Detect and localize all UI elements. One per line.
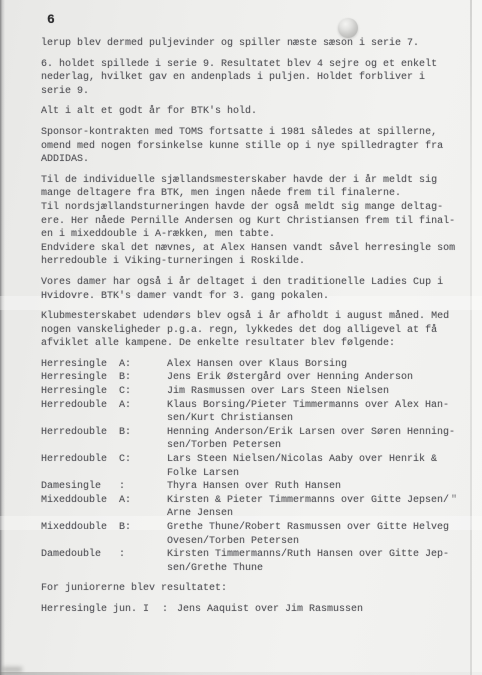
result-row: Mixeddouble A: Kirsten & Pieter Timmerma… <box>41 494 467 521</box>
result-category: Mixeddouble <box>41 494 119 521</box>
paper-edge-right <box>470 0 472 675</box>
paragraph-club-championship: Klubmesterskabet udendørs blev også i år… <box>41 310 467 351</box>
result-division: A: <box>119 358 167 372</box>
result-category: Damesingle <box>41 480 119 494</box>
result-row: Herresingle B: Jens Erik Østergård over … <box>41 371 467 385</box>
paragraph-sixth-team: 6. holdet spillede i serie 9. Resultatet… <box>41 58 467 99</box>
result-category: Herredouble <box>41 453 119 480</box>
result-category: Herredouble <box>41 426 119 453</box>
result-division: C: <box>119 385 167 399</box>
junior-result-row: Herresingle jun. I : Jens Aaquist over J… <box>41 603 467 617</box>
result-winner: Alex Hansen over Klaus Borsing <box>167 358 467 372</box>
result-category: Mixeddouble <box>41 521 119 548</box>
result-division: : <box>119 480 167 494</box>
result-category: Herresingle <box>41 358 119 372</box>
paragraph-sponsor: Sponsor-kontrakten med TOMS fortsatte i … <box>41 126 467 167</box>
result-row: Herresingle C: Jim Rasmussen over Lars S… <box>41 385 467 399</box>
round-smudge-mark <box>338 18 358 38</box>
result-row: Herresingle A: Alex Hansen over Klaus Bo… <box>41 358 467 372</box>
result-category: Herresingle <box>41 385 119 399</box>
result-row: Herredouble C: Lars Steen Nielsen/Nicola… <box>41 453 467 480</box>
result-division: A: <box>119 399 167 426</box>
paragraph-good-year: Alt i alt et godt år for BTK's hold. <box>41 105 467 119</box>
paragraph-pool-winner: lerup blev dermed puljevinder og spiller… <box>41 37 467 51</box>
result-division: B: <box>119 426 167 453</box>
result-winner: Henning Anderson/Erik Larsen over Søren … <box>167 426 467 453</box>
result-category: Herredouble <box>41 399 119 426</box>
result-winner: Grethe Thune/Robert Rasmussen over Gitte… <box>167 521 467 548</box>
result-winner: Jens Erik Østergård over Henning Anderso… <box>167 371 467 385</box>
result-row: Damesingle : Thyra Hansen over Ruth Hans… <box>41 480 467 494</box>
result-winner: Jim Rasmussen over Lars Steen Nielsen <box>167 385 467 399</box>
paper-margin-right <box>472 0 482 675</box>
result-row: Mixeddouble B: Grethe Thune/Robert Rasmu… <box>41 521 467 548</box>
corner-smudge <box>2 667 22 672</box>
result-category: Damedouble <box>41 548 119 575</box>
scan-edge-left <box>0 0 5 675</box>
result-winner: Kirsten Timmermanns/Ruth Hansen over Git… <box>167 548 467 575</box>
result-winner: Thyra Hansen over Ruth Hansen <box>167 480 467 494</box>
result-division: A: <box>119 494 167 521</box>
result-winner: Kirsten & Pieter Timmermanns over Gitte … <box>167 494 467 521</box>
result-row: Damedouble : Kirsten Timmermanns/Ruth Ha… <box>41 548 467 575</box>
results-list: Herresingle A: Alex Hansen over Klaus Bo… <box>41 358 467 576</box>
result-category: Herresingle <box>41 371 119 385</box>
document-body: lerup blev dermed puljevinder og spiller… <box>41 37 467 617</box>
junior-intro: For juniorerne blev resultatet: <box>41 582 467 596</box>
junior-result-colon: : <box>162 603 177 617</box>
result-division: B: <box>119 521 167 548</box>
result-division: : <box>119 548 167 575</box>
paragraph-ladies-cup: Vores damer har også i år deltaget i den… <box>41 276 467 303</box>
result-winner: Lars Steen Nielsen/Nicolas Aaby over Hen… <box>167 453 467 480</box>
stray-mark: " <box>451 495 457 506</box>
junior-result-category: Herresingle jun. I <box>41 603 162 617</box>
result-winner: Klaus Borsing/Pieter Timmermanns over Al… <box>167 399 467 426</box>
result-row: Herredouble A: Klaus Borsing/Pieter Timm… <box>41 399 467 426</box>
junior-result-winner: Jens Aaquist over Jim Rasmussen <box>177 603 467 617</box>
paragraph-championships: Til de individuelle sjællandsmesterskabe… <box>41 174 467 269</box>
page-number: 6 <box>47 12 55 27</box>
result-division: B: <box>119 371 167 385</box>
result-row: Herredouble B: Henning Anderson/Erik Lar… <box>41 426 467 453</box>
scanned-document-page: 6 lerup blev dermed puljevinder og spill… <box>0 0 482 675</box>
result-division: C: <box>119 453 167 480</box>
